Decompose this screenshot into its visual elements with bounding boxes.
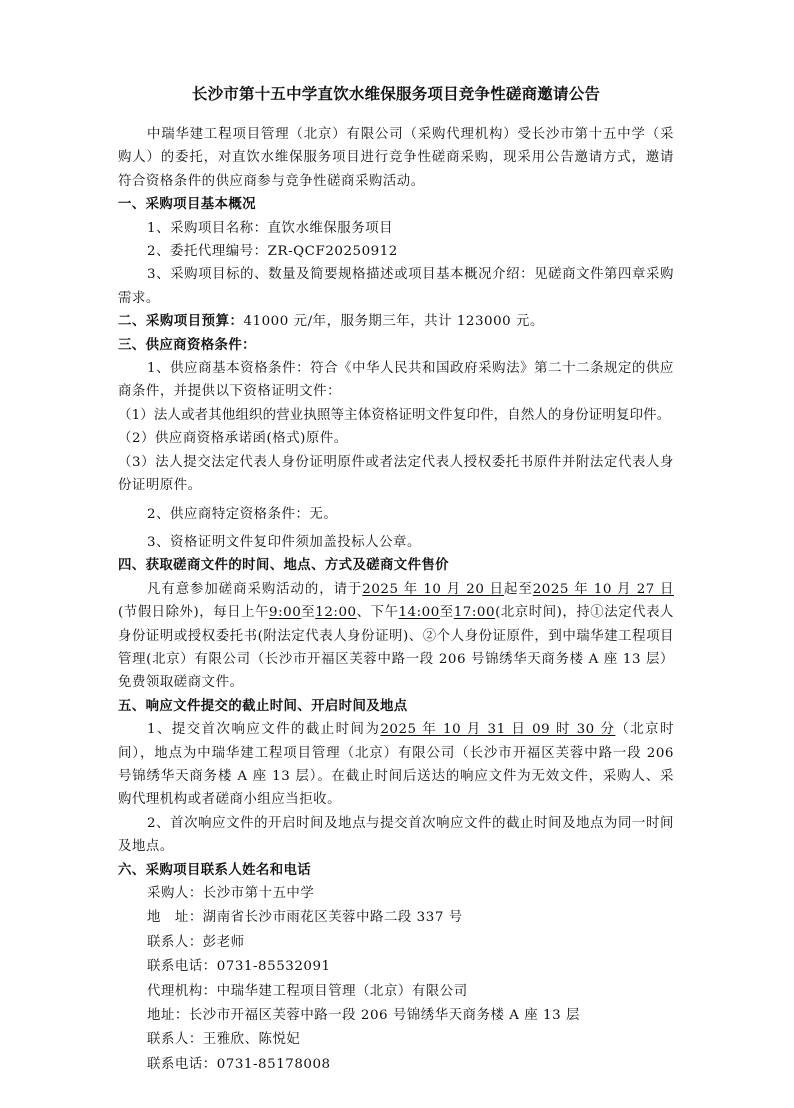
document-title: 长沙市第十五中学直饮水维保服务项目竞争性磋商邀请公告: [118, 80, 674, 108]
contact-agency-person: 联系人：王雅欣、陈悦妃: [118, 1028, 674, 1052]
text: 起至: [504, 582, 533, 597]
section-5-heading: 五、响应文件提交的截止时间、开启时间及地点: [118, 695, 674, 718]
contact-agency-phone: 联系电话：0731-85178008: [118, 1053, 674, 1077]
section-3-item-1: 1、供应商基本资格条件：符合《中华人民共和国政府采购法》第二十二条规定的供应商条…: [118, 357, 674, 404]
submission-deadline: 2025 年 10 月 31 日 09 时 30 分: [380, 722, 615, 737]
section-2-heading: 二、采购项目预算：: [118, 314, 243, 329]
section-3-heading: 三、供应商资格条件：: [118, 334, 674, 357]
text: 、下午: [357, 605, 399, 620]
text: 至: [440, 605, 454, 620]
section-2: 二、采购项目预算：41000 元/年，服务期三年，共计 123000 元。: [118, 310, 674, 333]
section-3-subitem-2: （2）供应商资格承诺函(格式)原件。: [118, 427, 674, 450]
pm-end: 17:00: [454, 605, 495, 620]
date-end: 2025 年 10 月 27 日: [533, 582, 674, 597]
section-3-subitem-3: （3）法人提交法定代表人身份证明原件或者法定代表人授权委托书原件并附法定代表人身…: [118, 451, 674, 498]
contact-purchaser: 采购人：长沙市第十五中学: [118, 882, 674, 906]
text: 1、提交首次响应文件的截止时间为: [147, 722, 380, 737]
text: 至: [301, 605, 315, 620]
section-3-item-2: 2、供应商特定资格条件：无。: [118, 503, 674, 526]
section-3-subitem-1: （1）法人或者其他组织的营业执照等主体资格证明文件复印件，自然人的身份证明复印件…: [118, 404, 674, 427]
section-1-item-3: 3、采购项目标的、数量及简要规格描述或项目基本概况介绍：见磋商文件第四章采购需求…: [118, 263, 674, 310]
contact-purchaser-address: 地 址：湖南省长沙市雨花区芙蓉中路二段 337 号: [118, 906, 674, 930]
pm-start: 14:00: [398, 605, 439, 620]
section-1-item-2: 2、委托代理编号：ZR-QCF20250912: [118, 240, 674, 263]
contact-purchaser-phone: 联系电话：0731-85532091: [118, 955, 674, 979]
section-1-heading: 一、采购项目基本概况: [118, 193, 674, 216]
am-start: 9:00: [269, 605, 301, 620]
budget-text: 41000 元/年，服务期三年，共计 123000 元。: [243, 314, 543, 329]
am-end: 12:00: [315, 605, 356, 620]
contact-agency: 代理机构：中瑞华建工程项目管理（北京）有限公司: [118, 980, 674, 1004]
section-5-item-2: 2、首次响应文件的开启时间及地点与提交首次响应文件的截止时间及地点为同一时间及地…: [118, 812, 674, 859]
document-page: 长沙市第十五中学直饮水维保服务项目竞争性磋商邀请公告 中瑞华建工程项目管理（北京…: [118, 80, 674, 1077]
contact-purchaser-person: 联系人：彭老师: [118, 931, 674, 955]
intro-paragraph: 中瑞华建工程项目管理（北京）有限公司（采购代理机构）受长沙市第十五中学（采购人）…: [118, 123, 674, 193]
section-3-item-3: 3、资格证明文件复印件须加盖投标人公章。: [118, 531, 674, 554]
section-1-item-1: 1、采购项目名称：直饮水维保服务项目: [118, 217, 674, 240]
text: 凡有意参加磋商采购活动的，请于: [147, 582, 362, 597]
text: (节假日除外)，每日上午: [118, 605, 269, 620]
section-5-item-1: 1、提交首次响应文件的截止时间为2025 年 10 月 31 日 09 时 30…: [118, 718, 674, 812]
section-6-heading: 六、采购项目联系人姓名和电话: [118, 859, 674, 882]
section-4-heading: 四、获取磋商文件的时间、地点、方式及磋商文件售价: [118, 554, 674, 577]
date-start: 2025 年 10 月 20 日: [362, 582, 504, 597]
section-4-paragraph: 凡有意参加磋商采购活动的，请于2025 年 10 月 20 日起至2025 年 …: [118, 578, 674, 695]
contact-agency-address: 地址：长沙市开福区芙蓉中路一段 206 号锦绣华天商务楼 A 座 13 层: [118, 1004, 674, 1028]
